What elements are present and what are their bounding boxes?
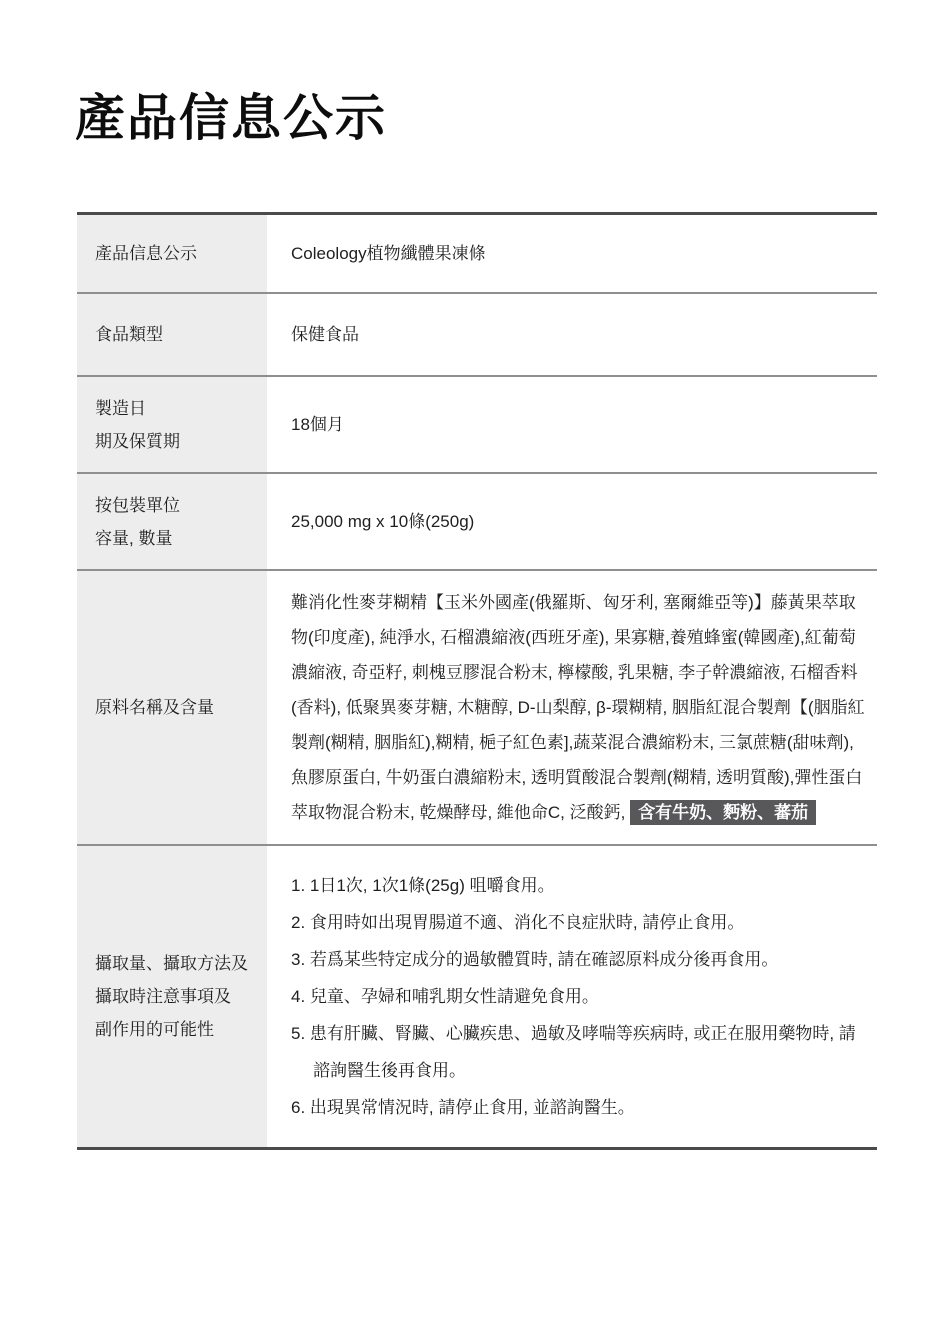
ingredients-value: 難消化性麥芽糊精【玉米外國產(俄羅斯、匈牙利, 塞爾維亞等)】藤黃果萃取物(印度…	[267, 571, 877, 844]
row-label: 食品類型	[77, 294, 267, 375]
list-item: 6. 出現異常情況時, 請停止食用, 並諮詢醫生。	[291, 1089, 869, 1126]
row-label: 製造日 期及保質期	[77, 377, 267, 472]
table-row-package-unit: 按包裝單位 容量, 數量 25,000 mg x 10條(250g)	[77, 474, 877, 571]
table-row-ingredients: 原料名稱及含量 難消化性麥芽糊精【玉米外國產(俄羅斯、匈牙利, 塞爾維亞等)】藤…	[77, 571, 877, 846]
food-type-value: 保健食品	[267, 294, 877, 375]
ingredients-text: 難消化性麥芽糊精【玉米外國產(俄羅斯、匈牙利, 塞爾維亞等)】藤黃果萃取物(印度…	[291, 593, 865, 822]
product-info-table: 產品信息公示 Coleology植物纖體果凍條 食品類型 保健食品 製造日 期及…	[77, 212, 877, 1150]
row-label: 攝取量、攝取方法及 攝取時注意事項及 副作用的可能性	[77, 846, 267, 1147]
intake-directions-value: 1. 1日1次, 1次1條(25g) 咀嚼食用。 2. 食用時如出現胃腸道不適、…	[267, 846, 877, 1147]
ingredients-paragraph: 難消化性麥芽糊精【玉米外國產(俄羅斯、匈牙利, 塞爾維亞等)】藤黃果萃取物(印度…	[291, 585, 869, 830]
table-row-product-name: 產品信息公示 Coleology植物纖體果凍條	[77, 215, 877, 294]
allergen-highlight: 含有牛奶、麪粉、蕃茄	[630, 800, 816, 825]
list-item: 1. 1日1次, 1次1條(25g) 咀嚼食用。	[291, 867, 869, 904]
list-item: 5. 患有肝臟、腎臟、心臟疾患、過敏及哮喘等疾病時, 或正在服用藥物時, 請諮詢…	[291, 1015, 869, 1089]
table-row-intake-directions: 攝取量、攝取方法及 攝取時注意事項及 副作用的可能性 1. 1日1次, 1次1條…	[77, 846, 877, 1147]
table-row-shelf-life: 製造日 期及保質期 18個月	[77, 377, 877, 474]
row-label: 原料名稱及含量	[77, 571, 267, 844]
table-row-food-type: 食品類型 保健食品	[77, 294, 877, 377]
package-unit-value: 25,000 mg x 10條(250g)	[267, 474, 877, 569]
page-title: 產品信息公示	[75, 88, 950, 148]
product-name-value: Coleology植物纖體果凍條	[267, 215, 877, 292]
list-item: 2. 食用時如出現胃腸道不適、消化不良症狀時, 請停止食用。	[291, 904, 869, 941]
shelf-life-value: 18個月	[267, 377, 877, 472]
intake-list: 1. 1日1次, 1次1條(25g) 咀嚼食用。 2. 食用時如出現胃腸道不適、…	[291, 867, 869, 1126]
row-label: 按包裝單位 容量, 數量	[77, 474, 267, 569]
list-item: 3. 若爲某些特定成分的過敏體質時, 請在確認原料成分後再食用。	[291, 941, 869, 978]
list-item: 4. 兒童、孕婦和哺乳期女性請避免食用。	[291, 978, 869, 1015]
row-label: 產品信息公示	[77, 215, 267, 292]
